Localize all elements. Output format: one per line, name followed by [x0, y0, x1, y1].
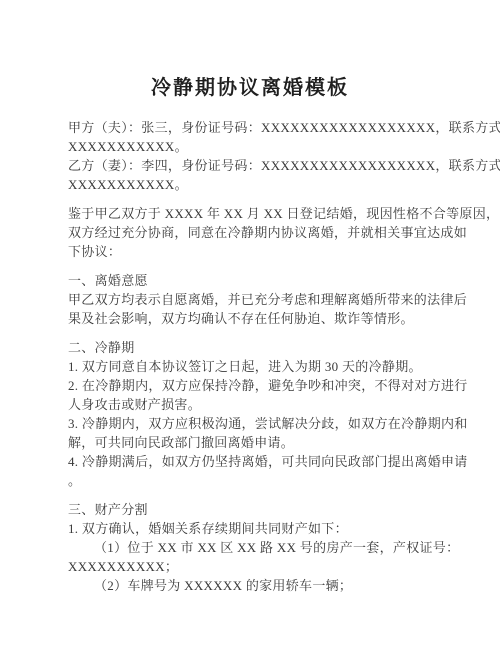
document-line: 解，可共同向民政部门撤回离婚申请。 — [68, 433, 440, 452]
document-line: 三、财产分割 — [68, 500, 440, 519]
document-line: 鉴于甲乙双方于 XXXX 年 XX 月 XX 日登记结婚，现因性格不合等原因， — [68, 204, 440, 223]
document-line: 1. 双方确认，婚姻关系存续期间共同财产如下： — [68, 519, 440, 538]
document-page: 冷静期协议离婚模板 甲方（夫）：张三，身份证号码：XXXXXXXXXXXXXXX… — [0, 0, 500, 647]
document-line: （2）车牌号为 XXXXXX 的家用轿车一辆； — [68, 576, 440, 595]
document-line: 1. 双方同意自本协议签订之日起，进入为期 30 天的冷静期。 — [68, 357, 440, 376]
document-line: XXXXXXXXXX； — [68, 557, 440, 576]
document-line: 甲方（夫）：张三，身份证号码：XXXXXXXXXXXXXXXXXX，联系方式： — [68, 118, 440, 137]
blank-line — [68, 490, 440, 500]
document-line: XXXXXXXXXXX。 — [68, 137, 440, 156]
document-line: 果及社会影响，双方均确认不存在任何胁迫、欺诈等情形。 — [68, 309, 440, 328]
document-line: 甲乙双方均表示自愿离婚，并已充分考虑和理解离婚所带来的法律后 — [68, 290, 440, 309]
blank-line — [68, 328, 440, 338]
blank-line — [68, 194, 440, 204]
document-line: 人身攻击或财产损害。 — [68, 395, 440, 414]
document-line: 。 — [68, 471, 440, 490]
blank-line — [68, 261, 440, 271]
document-line: 3. 冷静期内，双方应积极沟通，尝试解决分歧，如双方在冷静期内和 — [68, 414, 440, 433]
document-line: 4. 冷静期满后，如双方仍坚持离婚，可共同向民政部门提出离婚申请 — [68, 452, 440, 471]
document-line: 乙方（妻）：李四，身份证号码：XXXXXXXXXXXXXXXXXX，联系方式： — [68, 156, 440, 175]
document-line: 二、冷静期 — [68, 338, 440, 357]
document-body: 甲方（夫）：张三，身份证号码：XXXXXXXXXXXXXXXXXX，联系方式：X… — [68, 118, 440, 595]
document-line: （1）位于 XX 市 XX 区 XX 路 XX 号的房产一套，产权证号： — [68, 538, 440, 557]
document-line: XXXXXXXXXXX。 — [68, 175, 440, 194]
document-title: 冷静期协议离婚模板 — [0, 0, 500, 100]
document-line: 下协议： — [68, 242, 440, 261]
document-line: 一、离婚意愿 — [68, 271, 440, 290]
document-line: 双方经过充分协商，同意在冷静期内协议离婚，并就相关事宜达成如 — [68, 223, 440, 242]
document-line: 2. 在冷静期内，双方应保持冷静，避免争吵和冲突，不得对对方进行 — [68, 376, 440, 395]
